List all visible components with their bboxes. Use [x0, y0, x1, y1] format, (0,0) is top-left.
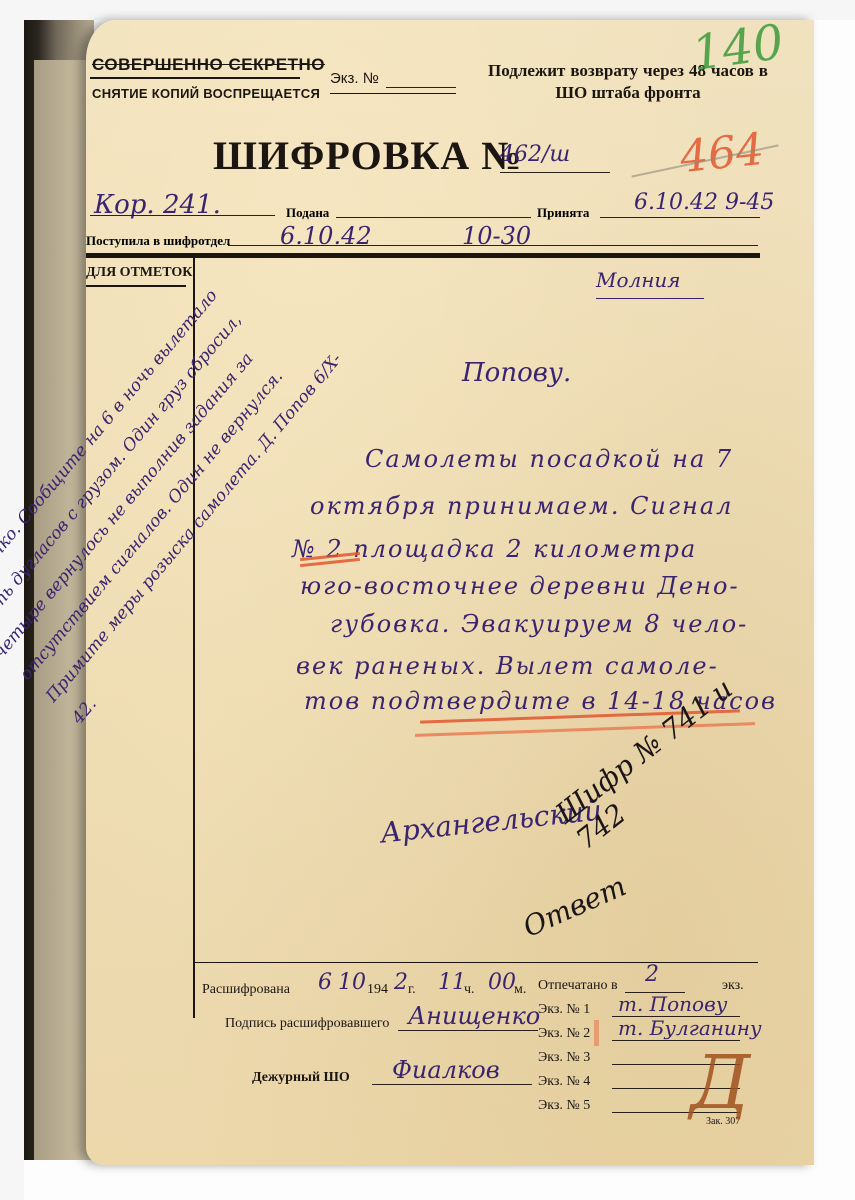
duty-signature: Фиалков	[392, 1056, 500, 1084]
copy-5-label: Экз. № 5	[538, 1098, 590, 1114]
red-pencil-tick	[594, 1020, 599, 1046]
received-value: 6.10.42 9-45	[634, 190, 774, 215]
decryptor-signature: Анищенко	[408, 1002, 540, 1030]
decrypted-year: 2	[394, 970, 408, 995]
arrived-label: Поступила в шифротдел	[86, 233, 230, 249]
copy-number-underline	[330, 93, 456, 94]
message-line-3: № 2 площадка 2 километра	[292, 528, 697, 570]
message-line-2: октября принимаем. Сигнал	[310, 485, 733, 527]
kor-line	[90, 215, 275, 216]
submitted-label: Подана	[286, 205, 329, 221]
cipher-number-line	[500, 172, 610, 173]
copy-2-value: т. Булганину	[618, 1016, 762, 1040]
year-label: г.	[408, 982, 416, 998]
copy-2-label: Экз. № 2	[538, 1026, 590, 1042]
addressee: Попову.	[462, 358, 571, 388]
cipher-number: 462/ш	[500, 142, 570, 167]
copy-3-label: Экз. № 3	[538, 1050, 590, 1066]
copy-number-line	[386, 87, 456, 88]
received-label: Принята	[537, 205, 589, 221]
message-line-5: губовка. Эвакуируем 8 чело-	[330, 603, 748, 645]
received-line	[600, 217, 760, 218]
year-prefix: 194	[367, 982, 388, 998]
duty-label: Дежурный ШО	[252, 1070, 350, 1086]
arrived-line	[228, 245, 758, 246]
submitted-line	[336, 217, 531, 218]
copy-1-label: Экз. № 1	[538, 1002, 590, 1018]
classification-stamp: СОВЕРШЕННО СЕКРЕТНО	[92, 55, 325, 75]
decrypted-label: Расшифрована	[202, 982, 290, 998]
minute-label: м.	[514, 982, 526, 998]
priority-mark: Молния	[596, 268, 681, 292]
decrypted-minute: 00	[488, 970, 516, 995]
hour-label: ч.	[464, 982, 475, 998]
printed-count: 2	[645, 962, 659, 987]
footer-divider	[193, 962, 758, 963]
header-thick-divider	[86, 253, 760, 258]
message-line-4: юго-восточнее деревни Дено-	[300, 565, 740, 607]
decrypted-hour: 11	[438, 970, 466, 995]
decrypted-month: 10	[338, 970, 366, 995]
copy-restriction: СНЯТИЕ КОПИЙ ВОСПРЕЩАЕТСЯ	[92, 86, 320, 101]
archive-number-red: 464	[678, 124, 767, 183]
priority-underline	[596, 298, 704, 299]
decryptor-label: Подпись расшифровавшего	[225, 1016, 389, 1032]
page-title: ШИФРОВКА №	[213, 132, 522, 179]
copy-4-label: Экз. № 4	[538, 1074, 590, 1090]
copy-number-label: Экз. №	[330, 70, 379, 87]
copy-1-value: т. Попову	[618, 992, 727, 1016]
printed-label: Отпечатано в	[538, 978, 618, 994]
duty-line	[372, 1084, 532, 1085]
decryptor-line	[398, 1030, 538, 1031]
notes-column-label: ДЛЯ ОТМЕТОК	[86, 265, 192, 281]
decrypted-day: 6	[318, 970, 332, 995]
notes-label-underline	[86, 285, 186, 287]
header-divider	[90, 77, 300, 79]
message-line-1: Самолеты посадкой на 7	[365, 438, 733, 480]
approval-letter-mark: Д	[690, 1040, 750, 1126]
